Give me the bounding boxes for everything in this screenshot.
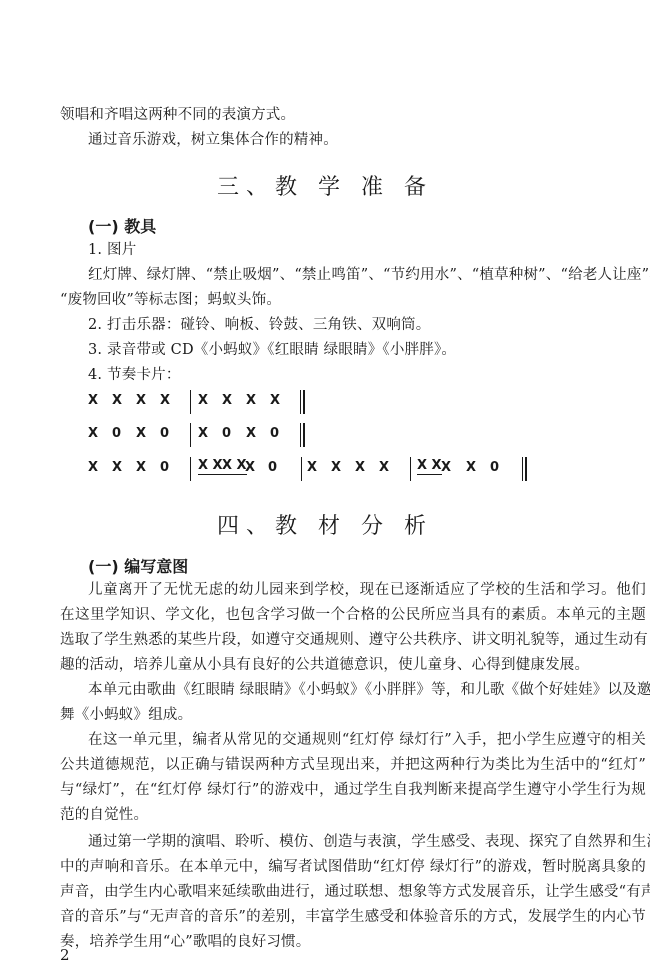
rhythm-rest: 0 — [160, 423, 169, 445]
rhythm-note: X — [222, 390, 232, 412]
bar-line — [190, 423, 191, 447]
aid-item-3: 3. 录音带或 CD《小蚂蚁》《红眼睛 绿眼睛》《小胖胖》。 — [88, 340, 646, 360]
rhythm-rest: 0 — [268, 457, 277, 479]
paragraph-4-line-2: 中的声响和音乐。在本单元中，编写者试图借助“红灯停 绿灯行”的游戏，暂时脱离具象… — [60, 857, 646, 877]
rhythm-note: X — [307, 457, 317, 479]
bar-line — [410, 457, 411, 481]
rhythm-note: X — [88, 457, 98, 479]
aid-item-2: 2. 打击乐器：碰铃、响板、铃鼓、三角铁、双响筒。 — [88, 315, 646, 335]
page-number: 2 — [60, 946, 70, 964]
rhythm-note: X — [112, 457, 122, 479]
rhythm-eighth-pair: X X — [222, 457, 247, 475]
rhythm-eighth-pair: X X — [198, 457, 223, 475]
final-bar-line — [522, 457, 527, 481]
rhythm-eighth-pair: X X — [417, 457, 442, 475]
intro-line-1: 领唱和齐唱这两种不同的表演方式。 — [60, 105, 646, 125]
paragraph-2-line-2: 舞《小蚂蚁》组成。 — [60, 705, 646, 725]
section-title-teaching-prep: 三、教 学 准 备 — [0, 174, 650, 202]
rhythm-card-2: X 0 X 0 X 0 X 0 — [88, 423, 568, 447]
rhythm-note: X — [198, 423, 208, 445]
aid-item-1-title: 1. 图片 — [88, 240, 646, 260]
paragraph-1-line-4: 趣的活动，培养儿童从小具有良好的公共道德意识，使儿童身、心得到健康发展。 — [60, 655, 646, 675]
paragraph-3-line-2: 公共道德规范，以正确与错误两种方式呈现出来，并把这两种行为类比为生活中的“红灯” — [60, 755, 646, 775]
paragraph-1-line-1: 儿童离开了无忧无虑的幼儿园来到学校，现在已逐渐适应了学校的生活和学习。他们 — [88, 580, 646, 600]
rhythm-rest: 0 — [490, 457, 499, 479]
rhythm-note: X — [112, 390, 122, 412]
rhythm-rest: 0 — [160, 457, 169, 479]
paragraph-3-line-4: 范的自觉性。 — [60, 805, 646, 825]
rhythm-note: X — [466, 457, 476, 479]
rhythm-rest: 0 — [222, 423, 231, 445]
rhythm-note: X — [88, 390, 98, 412]
rhythm-card-1: X X X X X X X X — [88, 390, 568, 414]
rhythm-note: X — [198, 390, 208, 412]
rhythm-note: X — [246, 423, 256, 445]
paragraph-4-line-1: 通过第一学期的演唱、聆听、模仿、创造与表演，学生感受、表现、探究了自然界和生活 — [88, 832, 646, 852]
paragraph-3-line-3: 与“绿灯”，在“红灯停 绿灯行”的游戏中，通过学生自我判断来提高学生遵守小学生行… — [60, 780, 646, 800]
paragraph-4-line-3: 声音，由学生内心歌唱来延续歌曲进行，通过联想、想象等方式发展音乐，让学生感受“有… — [60, 882, 646, 902]
subsection-heading-writing-intent: (一) 编写意图 — [88, 556, 188, 578]
rhythm-note: X — [160, 390, 170, 412]
paragraph-1-line-3: 选取了学生熟悉的某些片段，如遵守交通规则、遵守公共秩序、讲文明礼貌等，通过生动有 — [60, 630, 646, 650]
paragraph-3-line-1: 在这一单元里，编者从常见的交通规则“红灯停 绿灯行”入手，把小学生应遵守的相关 — [88, 730, 646, 750]
intro-line-2: 通过音乐游戏，树立集体合作的精神。 — [88, 130, 646, 150]
rhythm-note: X — [355, 457, 365, 479]
paragraph-4-line-4: 音的音乐”与“无声音的音乐”的差别，丰富学生感受和体验音乐的方式，发展学生的内心… — [60, 907, 646, 927]
bar-line — [190, 457, 191, 481]
section-title-material-analysis: 四、教 材 分 析 — [0, 513, 650, 541]
rhythm-note: X — [245, 457, 255, 479]
final-bar-line — [300, 423, 305, 447]
aid-item-4: 4. 节奏卡片： — [88, 365, 646, 385]
subsection-heading-teaching-aids: (一) 教具 — [88, 216, 156, 238]
rhythm-note: X — [246, 390, 256, 412]
rhythm-rest: 0 — [270, 423, 279, 445]
paragraph-4-line-5: 奏，培养学生用“心”歌唱的良好习惯。 — [60, 932, 646, 952]
bar-line — [190, 390, 191, 414]
rhythm-note: X — [379, 457, 389, 479]
paragraph-1-line-2: 在这里学知识、学文化，也包含学习做一个合格的公民所应当具有的素质。本单元的主题 — [60, 605, 646, 625]
aid-item-1-desc-line-1: 红灯牌、绿灯牌、“禁止吸烟”、“禁止鸣笛”、“节约用水”、“植草种树”、“给老人… — [88, 265, 646, 285]
aid-item-1-desc-line-2: “废物回收”等标志图；蚂蚁头饰。 — [60, 290, 646, 310]
rhythm-note: X — [136, 390, 146, 412]
rhythm-note: X — [331, 457, 341, 479]
rhythm-card-3: X X X 0 X X X X X 0 X X X X X X X X 0 — [88, 457, 568, 481]
bar-line — [301, 457, 302, 481]
paragraph-2-line-1: 本单元由歌曲《红眼睛 绿眼睛》《小蚂蚁》《小胖胖》等，和儿歌《做个好娃娃》以及邀… — [88, 680, 646, 700]
rhythm-rest: 0 — [112, 423, 121, 445]
rhythm-note: X — [136, 423, 146, 445]
rhythm-note: X — [441, 457, 451, 479]
rhythm-note: X — [136, 457, 146, 479]
final-bar-line — [300, 390, 305, 414]
rhythm-note: X — [270, 390, 280, 412]
rhythm-note: X — [88, 423, 98, 445]
